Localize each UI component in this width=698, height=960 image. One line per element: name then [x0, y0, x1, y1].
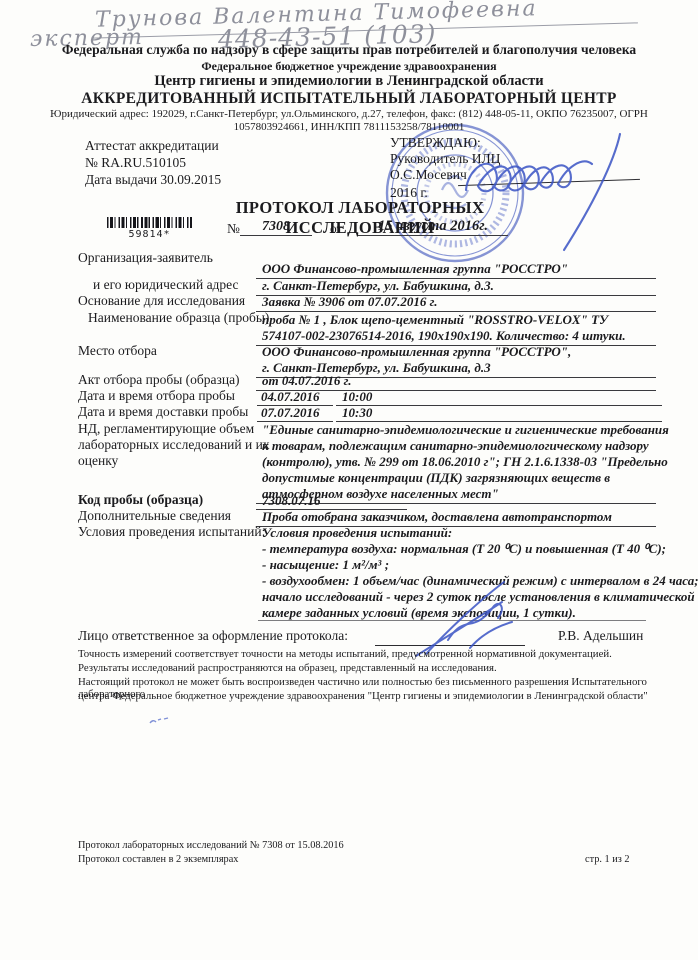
field-label-delivery: Дата и время доставки пробы [78, 404, 248, 420]
accreditation-number: № RA.RU.510105 [85, 155, 186, 171]
field-value-basis: Заявка № 3906 от 07.07.2016 г. [256, 294, 656, 312]
field-value-conditions-3: - насыщение: 1 м²/м³ ; [256, 557, 656, 574]
field-value-sampling-date: 04.07.2016 [257, 389, 333, 406]
lab-center-name: АККРЕДИТОВАННЫЙ ИСПЫТАТЕЛЬНЫЙ ЛАБОРАТОРН… [0, 90, 698, 108]
legal-address-line1: Юридический адрес: 192029, г.Санкт-Петер… [0, 108, 698, 120]
accreditation-title: Аттестат аккредитации [85, 138, 219, 154]
protocol-number: 7308 [240, 219, 312, 236]
footer-page-number: стр. 1 из 2 [585, 854, 630, 865]
signatory-name: Р.В. Адельшин [558, 628, 643, 644]
field-label-nd-1: НД, регламентирующие объем [78, 421, 254, 437]
field-label-sampling: Дата и время отбора пробы [78, 388, 235, 404]
disclaimer-line-2: Результаты исследований распространяются… [78, 662, 497, 674]
protocol-date: 15 августа 2016г. [358, 218, 508, 236]
field-value-sampling-time: 10:00 [336, 389, 662, 406]
field-label-nd-3: оценку [78, 453, 118, 469]
field-value-delivery-time: 10:30 [336, 405, 662, 422]
barcode-label: 59814* [107, 229, 192, 240]
signatory-label: Лицо ответственное за оформление протоко… [78, 628, 348, 644]
field-label-conditions: Условия проведения испытаний: [78, 524, 265, 540]
field-label-extra: Дополнительные сведения [78, 508, 231, 524]
field-value-sample-name-1: проба № 1 , Блок щепо-цементный "ROSSTRO… [256, 312, 656, 329]
from-word: от [330, 221, 342, 237]
field-value-conditions-2: - температура воздуха: нормальная (Т 20 … [256, 541, 656, 558]
field-label-sample-name: Наименование образца (пробы) [88, 310, 269, 326]
scanned-protocol-page: Трунова Валентина Тимофеевна эксперт 448… [0, 0, 698, 960]
field-label-address: и его юридический адрес [93, 277, 239, 293]
disclaimer-line-1: Точность измерений соответствует точност… [78, 648, 612, 660]
footer-line-1: Протокол лабораторных исследований № 730… [78, 840, 344, 851]
field-value-org: ООО Финансово-промышленная группа "РОССТ… [256, 261, 656, 279]
institution-type: Федеральное бюджетное учреждение здравоо… [0, 59, 698, 74]
signatory-signature [408, 578, 528, 658]
agency-name: Федеральная служба по надзору в сфере за… [0, 42, 698, 58]
field-label-act: Акт отбора пробы (образца) [78, 372, 240, 388]
field-value-code: 7308.07.16 [256, 493, 407, 510]
field-value-conditions-1: Условия проведения испытаний: [256, 525, 656, 542]
field-value-delivery-date: 07.07.2016 [257, 405, 333, 422]
scan-artifact [148, 716, 172, 726]
disclaimer-line-4: центра Федеральное бюджетное учреждение … [78, 690, 648, 702]
barcode [107, 217, 192, 228]
field-value-nd-1: "Единые санитарно-эпидемиологические и г… [256, 422, 656, 439]
field-label-org: Организация-заявитель [78, 250, 213, 266]
field-label-nd-2: лабораторных исследований и их [78, 437, 270, 453]
center-name: Центр гигиены и эпидемиологии в Ленингра… [0, 73, 698, 90]
field-value-nd-3: (контролю), утв. № 299 от 18.06.2010 г";… [256, 454, 656, 471]
field-label-code: Код пробы (образца) [78, 492, 203, 508]
field-value-place-1: ООО Финансово-промышленная группа "РОССТ… [256, 344, 656, 361]
field-label-place: Место отбора [78, 343, 157, 359]
field-value-nd-2: к товарам, подлежащим санитарно-эпидемио… [256, 438, 656, 455]
field-value-nd-4: допустимые концентрации (ПДК) загрязняющ… [256, 470, 656, 487]
accreditation-date: Дата выдачи 30.09.2015 [85, 172, 221, 188]
footer-line-2: Протокол составлен в 2 экземплярах [78, 854, 238, 865]
field-label-basis: Основание для исследования [78, 293, 245, 309]
number-sign: № [227, 221, 240, 237]
